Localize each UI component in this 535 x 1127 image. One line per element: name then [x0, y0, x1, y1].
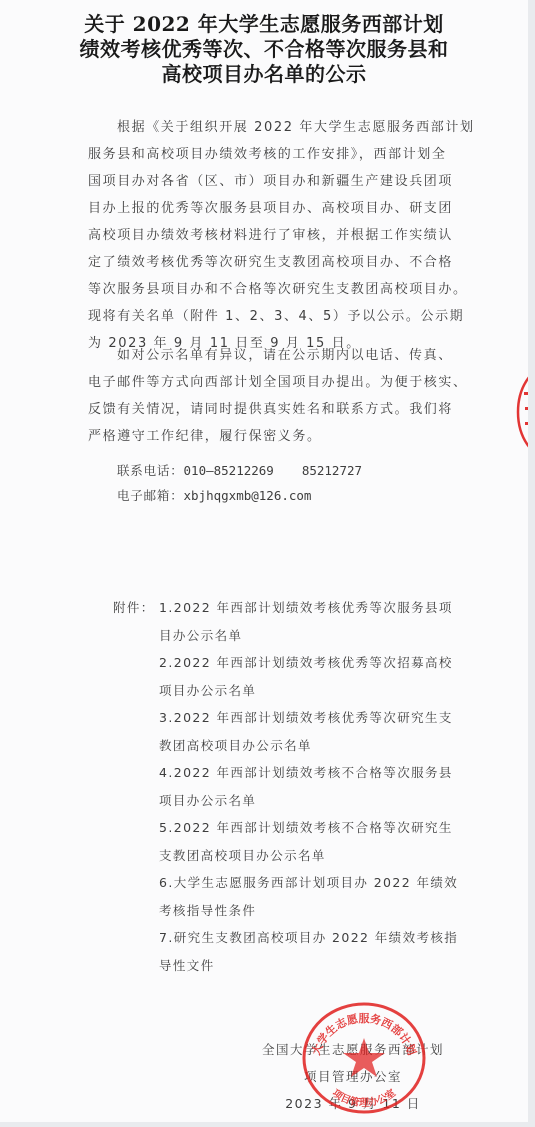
attachment-line: 考核指导性条件 — [159, 897, 489, 925]
paragraph-line: 服务县和高校项目办绩效考核的工作安排》，西部计划全 — [88, 141, 488, 168]
attachment-item: 5.2022 年西部计划绩效考核不合格等次研究生 支教团高校项目办公示名单 — [159, 814, 489, 869]
paragraph-line: 现将有关名单（附件 1、2、3、4、5）予以公示。公示期 — [88, 303, 488, 330]
title-line: 绩效考核优秀等次、不合格等次服务县和 — [0, 37, 528, 62]
page-edge — [0, 1122, 535, 1127]
attachment-line: 导性文件 — [159, 952, 489, 980]
signature-org-line: 全国大学生志愿服务西部计划 — [258, 1036, 448, 1063]
paragraph-line: 等次服务县项目办和不合格等次研究生支教团高校项目办。 — [88, 276, 488, 303]
attachment-item: 2.2022 年西部计划绩效考核优秀等次招募高校 项目办公示名单 — [159, 649, 489, 704]
attachment-line: 6.大学生志愿服务西部计划项目办 2022 年绩效 — [159, 869, 489, 897]
paragraph-line: 电子邮件等方式向西部计划全国项目办提出。为便于核实、 — [88, 369, 488, 396]
attachment-item: 4.2022 年西部计划绩效考核不合格等次服务县 项目办公示名单 — [159, 759, 489, 814]
attachment-line: 5.2022 年西部计划绩效考核不合格等次研究生 — [159, 814, 489, 842]
signature-date: 2023 年 9 月 11 日 — [258, 1090, 448, 1117]
attachment-line: 4.2022 年西部计划绩效考核不合格等次服务县 — [159, 759, 489, 787]
contact-email-row: 电子邮箱：xbjhqgxmb@126.com — [117, 483, 362, 508]
attachment-line: 项目办公示名单 — [159, 787, 489, 815]
attachment-line: 3.2022 年西部计划绩效考核优秀等次研究生支 — [159, 704, 489, 732]
attachments-list: 1.2022 年西部计划绩效考核优秀等次服务县项 目办公示名单 2.2022 年… — [159, 594, 489, 979]
attachment-line: 7.研究生支教团高校项目办 2022 年绩效考核指 — [159, 924, 489, 952]
title-line: 高校项目办名单的公示 — [0, 62, 528, 87]
paragraph-line: 国项目办对各省（区、市）项目办和新疆生产建设兵团项 — [88, 168, 488, 195]
paragraph-line: 根据《关于组织开展 2022 年大学生志愿服务西部计划 — [88, 114, 488, 141]
paragraph-line: 严格遵守工作纪律，履行保密义务。 — [88, 423, 488, 450]
paragraph-line: 定了绩效考核优秀等次研究生支教团高校项目办、不合格 — [88, 249, 488, 276]
paragraph-objection: 如对公示名单有异议，请在公示期内以电话、传真、 电子邮件等方式向西部计划全国项目… — [88, 342, 488, 450]
contact-info: 联系电话：010—8521226985212727 电子邮箱：xbjhqgxmb… — [117, 458, 362, 508]
email-label: 电子邮箱： — [117, 488, 184, 503]
attachment-line: 项目办公示名单 — [159, 677, 489, 705]
signature-org-line: 项目管理办公室 — [258, 1063, 448, 1090]
attachment-line: 目办公示名单 — [159, 622, 489, 650]
page-edge — [528, 0, 535, 1127]
attachment-line: 2.2022 年西部计划绩效考核优秀等次招募高校 — [159, 649, 489, 677]
attachment-item: 7.研究生支教团高校项目办 2022 年绩效考核指 导性文件 — [159, 924, 489, 979]
attachments-label: 附件： — [113, 594, 155, 622]
attachment-line: 支教团高校项目办公示名单 — [159, 842, 489, 870]
phone-primary: 010—85212269 — [184, 463, 274, 478]
phone-label: 联系电话： — [117, 463, 184, 478]
attachment-item: 1.2022 年西部计划绩效考核优秀等次服务县项 目办公示名单 — [159, 594, 489, 649]
contact-phone-row: 联系电话：010—8521226985212727 — [117, 458, 362, 483]
signature-block: 全国大学生志愿服务西部计划 项目管理办公室 2023 年 9 月 11 日 — [258, 1036, 448, 1117]
document-title: 关于 2022 年大学生志愿服务西部计划 绩效考核优秀等次、不合格等次服务县和 … — [0, 12, 528, 87]
paragraph-line: 高校项目办绩效考核材料进行了审核，并根据工作实绩认 — [88, 222, 488, 249]
paragraph-line: 目办上报的优秀等次服务县项目办、高校项目办、研支团 — [88, 195, 488, 222]
paragraph-line: 反馈有关情况，请同时提供真实姓名和联系方式。我们将 — [88, 396, 488, 423]
document-page: 关于 2022 年大学生志愿服务西部计划 绩效考核优秀等次、不合格等次服务县和 … — [0, 0, 528, 1122]
paragraph-announcement: 根据《关于组织开展 2022 年大学生志愿服务西部计划 服务县和高校项目办绩效考… — [88, 114, 488, 357]
attachment-item: 3.2022 年西部计划绩效考核优秀等次研究生支 教团高校项目办公示名单 — [159, 704, 489, 759]
phone-secondary: 85212727 — [302, 463, 362, 478]
paragraph-line: 如对公示名单有异议，请在公示期内以电话、传真、 — [88, 342, 488, 369]
email-address: xbjhqgxmb@126.com — [184, 488, 312, 503]
attachment-item: 6.大学生志愿服务西部计划项目办 2022 年绩效 考核指导性条件 — [159, 869, 489, 924]
title-line: 关于 2022 年大学生志愿服务西部计划 — [0, 12, 528, 37]
attachment-line: 1.2022 年西部计划绩效考核优秀等次服务县项 — [159, 594, 489, 622]
attachment-line: 教团高校项目办公示名单 — [159, 732, 489, 760]
